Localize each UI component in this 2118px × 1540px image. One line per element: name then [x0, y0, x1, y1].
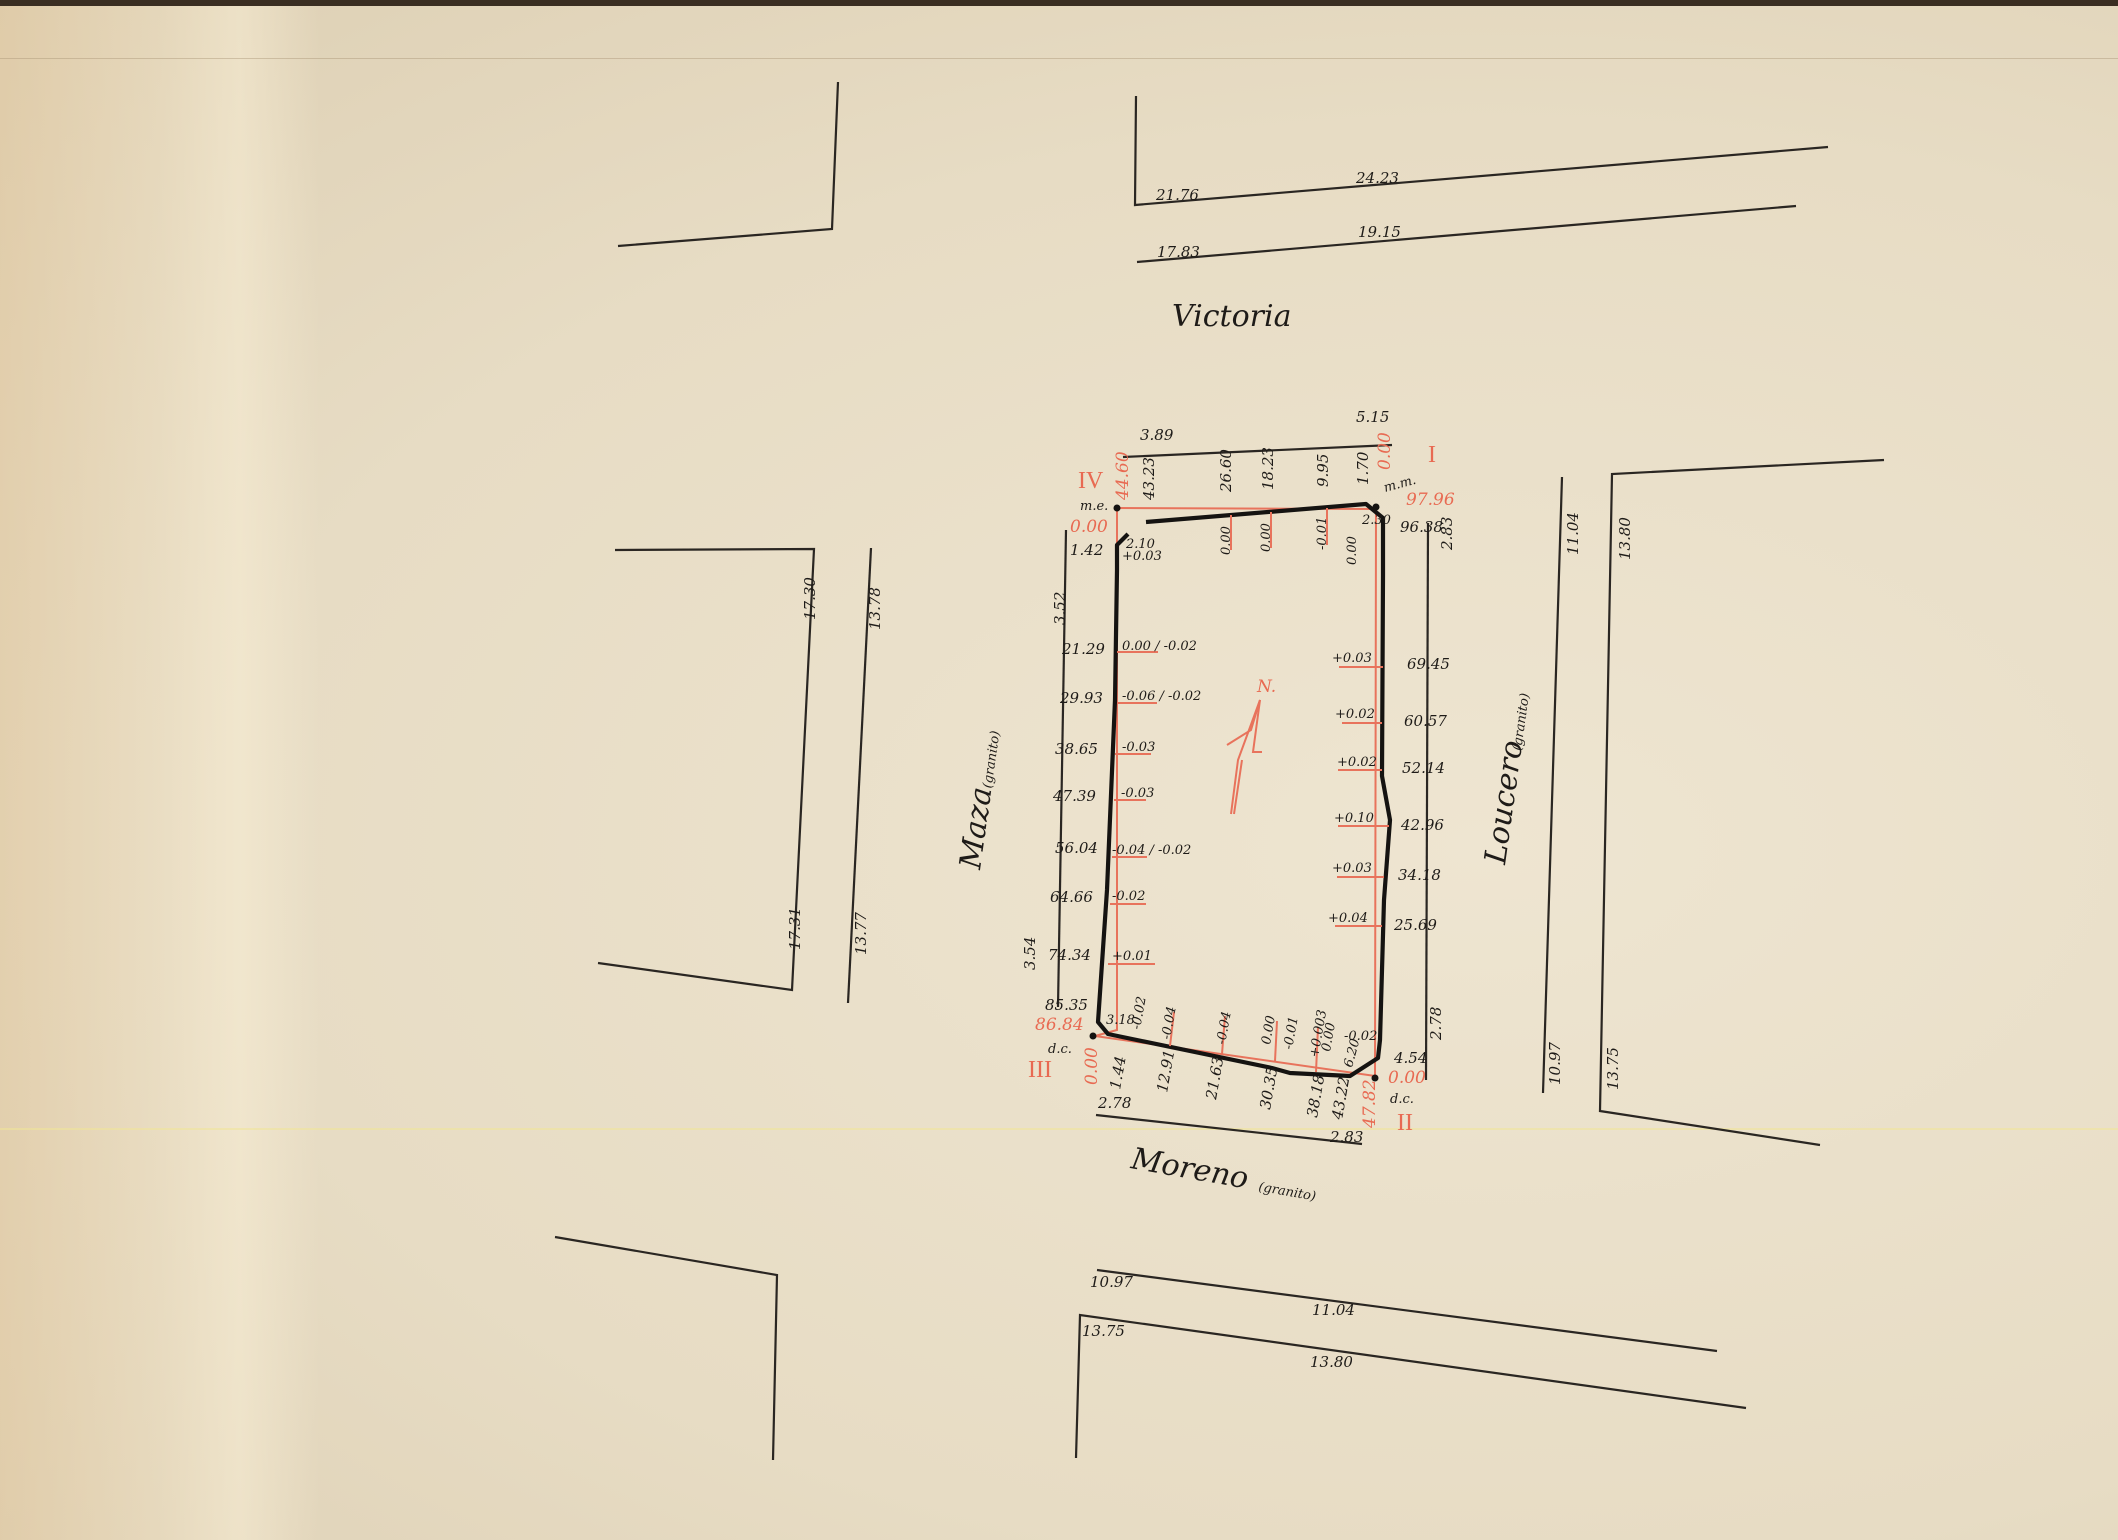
survey-sheet: 21.76 24.23 17.83 19.15 17.30 17.31 13.7…: [0, 0, 2118, 1540]
dimension-label: 13.78: [866, 587, 884, 630]
station-label: 43.22: [1328, 1075, 1353, 1121]
station-label: 69.45: [1407, 655, 1450, 673]
block-northwest: [618, 82, 838, 246]
corner-label-i: I: [1428, 442, 1436, 468]
dimension-label: 10.97: [1546, 1042, 1564, 1085]
station-label: 38.65: [1055, 740, 1098, 758]
dimension-label: 13.80: [1310, 1353, 1353, 1371]
station-label: 52.14: [1402, 759, 1445, 777]
corner-mark-iv: m.e.: [1080, 499, 1108, 514]
station-label: 96.38: [1400, 518, 1443, 536]
station-label: 9.95: [1314, 454, 1332, 487]
block-south: 10.97 11.04 13.75 13.80: [1076, 1270, 1746, 1458]
station-label: 21.63: [1202, 1055, 1227, 1101]
curb-label: 3.52: [1051, 592, 1069, 625]
dimension-label: 11.04: [1564, 512, 1582, 555]
curb-label: 2.83: [1438, 517, 1456, 551]
dimension-label: 13.75: [1604, 1047, 1622, 1090]
street-surface: (granito): [1257, 1180, 1317, 1205]
dimension-label: 10.97: [1090, 1273, 1133, 1291]
dimension-label: 17.31: [786, 907, 804, 950]
block-southwest: [555, 1237, 777, 1460]
corner-chain-i: 97.96: [1406, 490, 1455, 510]
corner-label-iii: III: [1028, 1057, 1052, 1083]
survey-point-i: [1373, 504, 1380, 511]
corner-mark-ii: d.c.: [1390, 1092, 1414, 1107]
corner-level-ii: 0.00: [1388, 1068, 1426, 1088]
station-label: 34.18: [1398, 866, 1441, 884]
station-label: 1.44: [1106, 1055, 1130, 1091]
street-surface: (granito): [1510, 692, 1533, 752]
corner-label-iv: IV: [1078, 468, 1104, 494]
north-arrow-label: N.: [1256, 677, 1276, 697]
curb-label: 3.54: [1021, 937, 1039, 970]
chamfer-label: 2.30: [1361, 513, 1391, 528]
dimension-label: 17.83: [1157, 243, 1200, 261]
offset-label: -0.04: [1159, 1005, 1180, 1040]
dimension-label: 19.15: [1358, 223, 1401, 241]
corner-level-iii: 0.00: [1082, 1047, 1102, 1085]
corner-chain-iv: 44.60: [1113, 451, 1133, 501]
offset-label: +0.10: [1334, 811, 1374, 826]
station-label: 25.69: [1393, 916, 1437, 934]
station-label: 4.54: [1393, 1049, 1427, 1067]
dimension-label: 17.30: [801, 577, 819, 620]
station-label: 21.29: [1061, 640, 1105, 658]
offset-label: +0.02: [1337, 755, 1377, 770]
offset-label: -0.02: [1112, 889, 1145, 904]
street-label-moreno: Moreno (granito): [1128, 1141, 1320, 1208]
street-name-loucero: Loucero: [1478, 738, 1530, 867]
station-label: 26.60: [1217, 449, 1235, 493]
street-name-moreno: Moreno: [1128, 1141, 1252, 1196]
offset-label: -0.01: [1315, 517, 1330, 550]
chamfer-label: 3.18: [1106, 1013, 1135, 1028]
dimension-label: 21.76: [1155, 186, 1199, 204]
offset-label: -0.03: [1122, 740, 1155, 755]
offset-label: 0.00: [1259, 523, 1274, 552]
curb-label: 2.78: [1097, 1094, 1131, 1112]
station-label: 43.23: [1140, 457, 1158, 501]
north-arrow-icon: N.: [1227, 677, 1276, 814]
station-label: 42.96: [1400, 816, 1444, 834]
offset-label: +0.04: [1328, 911, 1368, 926]
station-label: 1.42: [1070, 541, 1103, 559]
curb-label: 2.78: [1427, 1007, 1445, 1041]
offset-label: +0.03: [1332, 651, 1372, 666]
dimension-label: 13.77: [852, 912, 870, 955]
offset-label: +0.01: [1112, 949, 1152, 964]
survey-drawing: 21.76 24.23 17.83 19.15 17.30 17.31 13.7…: [0, 0, 2118, 1540]
station-label: 47.39: [1052, 787, 1096, 805]
block-west: 17.30 17.31 13.78 13.77: [598, 548, 884, 1003]
station-label: 12.91: [1153, 1048, 1178, 1093]
street-label-loucero: Loucero (granito): [1478, 690, 1537, 867]
offset-label: +0.03: [1332, 861, 1372, 876]
corner-level-iv: 0.00: [1070, 517, 1108, 537]
street-name-maza: Maza: [953, 785, 999, 872]
offset-label: -0.04 / -0.02: [1112, 843, 1191, 858]
corner-chain-ii: 47.82: [1360, 1079, 1380, 1129]
station-label: 18.23: [1259, 447, 1277, 490]
station-label: 1.70: [1354, 451, 1372, 485]
corner-mark-iii: d.c.: [1048, 1042, 1072, 1057]
station-label: 85.35: [1045, 996, 1088, 1014]
offset-label: -0.01: [1281, 1015, 1302, 1050]
offset-label: 0.00 / -0.02: [1122, 639, 1197, 654]
street-label-maza: Maza (granito): [953, 728, 1007, 873]
station-label: 29.93: [1059, 689, 1103, 707]
block-north: 21.76 24.23 17.83 19.15: [1135, 96, 1828, 262]
station-label: 64.66: [1050, 888, 1093, 906]
dimension-label: 13.75: [1082, 1322, 1125, 1340]
corner-level-i: 0.00: [1375, 432, 1395, 470]
dimension-label: 24.23: [1355, 169, 1399, 187]
station-label: 38.18: [1303, 1073, 1328, 1118]
street-surface: (granito): [981, 730, 1004, 790]
station-label: 74.34: [1048, 946, 1091, 964]
offset-label: +0.02: [1335, 707, 1375, 722]
dimension-label: 13.80: [1616, 517, 1634, 560]
offset-label: -0.04: [1214, 1010, 1235, 1045]
station-label: 60.57: [1404, 712, 1447, 730]
block-east: 11.04 10.97 13.80 13.75: [1543, 460, 1884, 1145]
street-name-victoria: Victoria: [1172, 299, 1291, 334]
curb-label: 5.15: [1356, 408, 1389, 426]
offset-label: 0.00: [1345, 536, 1360, 565]
survey-point-iii: [1090, 1033, 1097, 1040]
corner-chain-iii: 86.84: [1035, 1015, 1084, 1035]
corner-label-ii: II: [1397, 1110, 1413, 1136]
curb-label: 3.89: [1140, 426, 1174, 444]
offset-label: -0.03: [1121, 786, 1154, 801]
station-label: 56.04: [1055, 839, 1098, 857]
offset-label: -0.06 / -0.02: [1122, 689, 1201, 704]
station-label: 30.35: [1256, 1065, 1281, 1110]
survey-point-iv: [1114, 505, 1121, 512]
curb-label: 2.83: [1329, 1128, 1363, 1146]
dimension-label: 11.04: [1312, 1301, 1355, 1319]
offset-label: 0.00: [1219, 526, 1234, 555]
offset-label: +0.03: [1122, 549, 1162, 564]
